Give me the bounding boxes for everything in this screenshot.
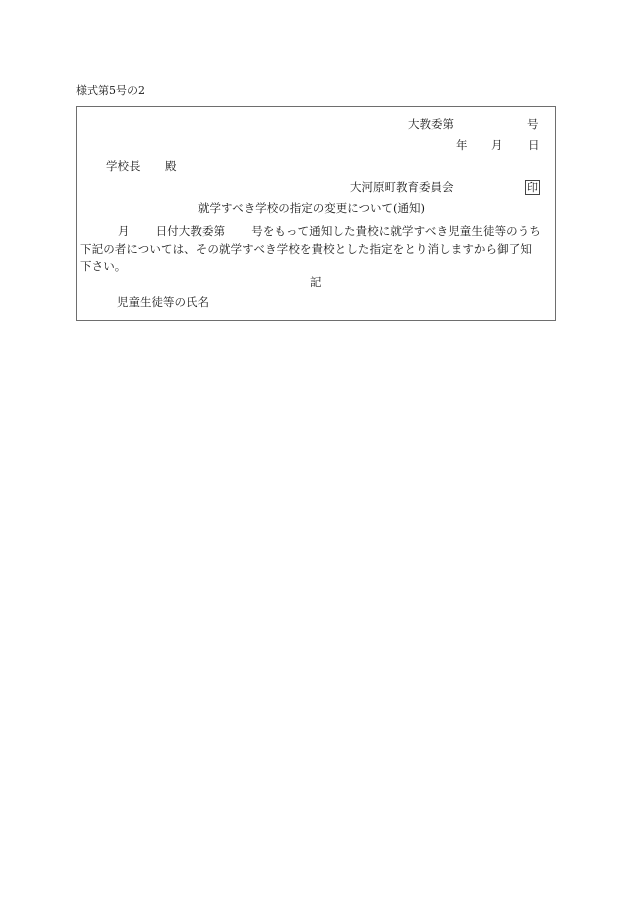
notice-subject: 就学すべき学校の指定の変更について(通知) — [198, 203, 425, 215]
ki-label: 記 — [310, 277, 322, 289]
body-line-1: 月日付大教委第号をもって通知した貴校に就学すべき児童生徒等のうち — [80, 223, 552, 241]
notice-body: 月日付大教委第号をもって通知した貴校に就学すべき児童生徒等のうち 下記の者につい… — [80, 223, 552, 276]
form-number: 様式第5号の2 — [76, 85, 145, 96]
body-month-label: 月 — [118, 224, 130, 238]
doc-number-prefix: 大教委第 — [408, 119, 454, 131]
addressee-title: 学校長 — [106, 161, 141, 173]
doc-number-suffix: 号 — [527, 119, 539, 131]
body-day-ref: 日付大教委第 — [156, 224, 226, 238]
date-day-label: 日 — [528, 140, 540, 152]
body-line-2: 下記の者については、その就学すべき学校を貴校とした指定をとり消しますから御了知 — [80, 241, 552, 259]
seal-icon: 印 — [525, 180, 540, 195]
body-line-3: 下さい。 — [80, 258, 552, 276]
issuer-name: 大河原町教育委員会 — [350, 182, 454, 194]
body-line-1-rest: 号をもって通知した貴校に就学すべき児童生徒等のうち — [251, 224, 541, 238]
date-year-label: 年 — [456, 140, 468, 152]
date-month-label: 月 — [491, 140, 503, 152]
student-names-label: 児童生徒等の氏名 — [117, 297, 209, 309]
addressee-honorific: 殿 — [165, 161, 177, 173]
